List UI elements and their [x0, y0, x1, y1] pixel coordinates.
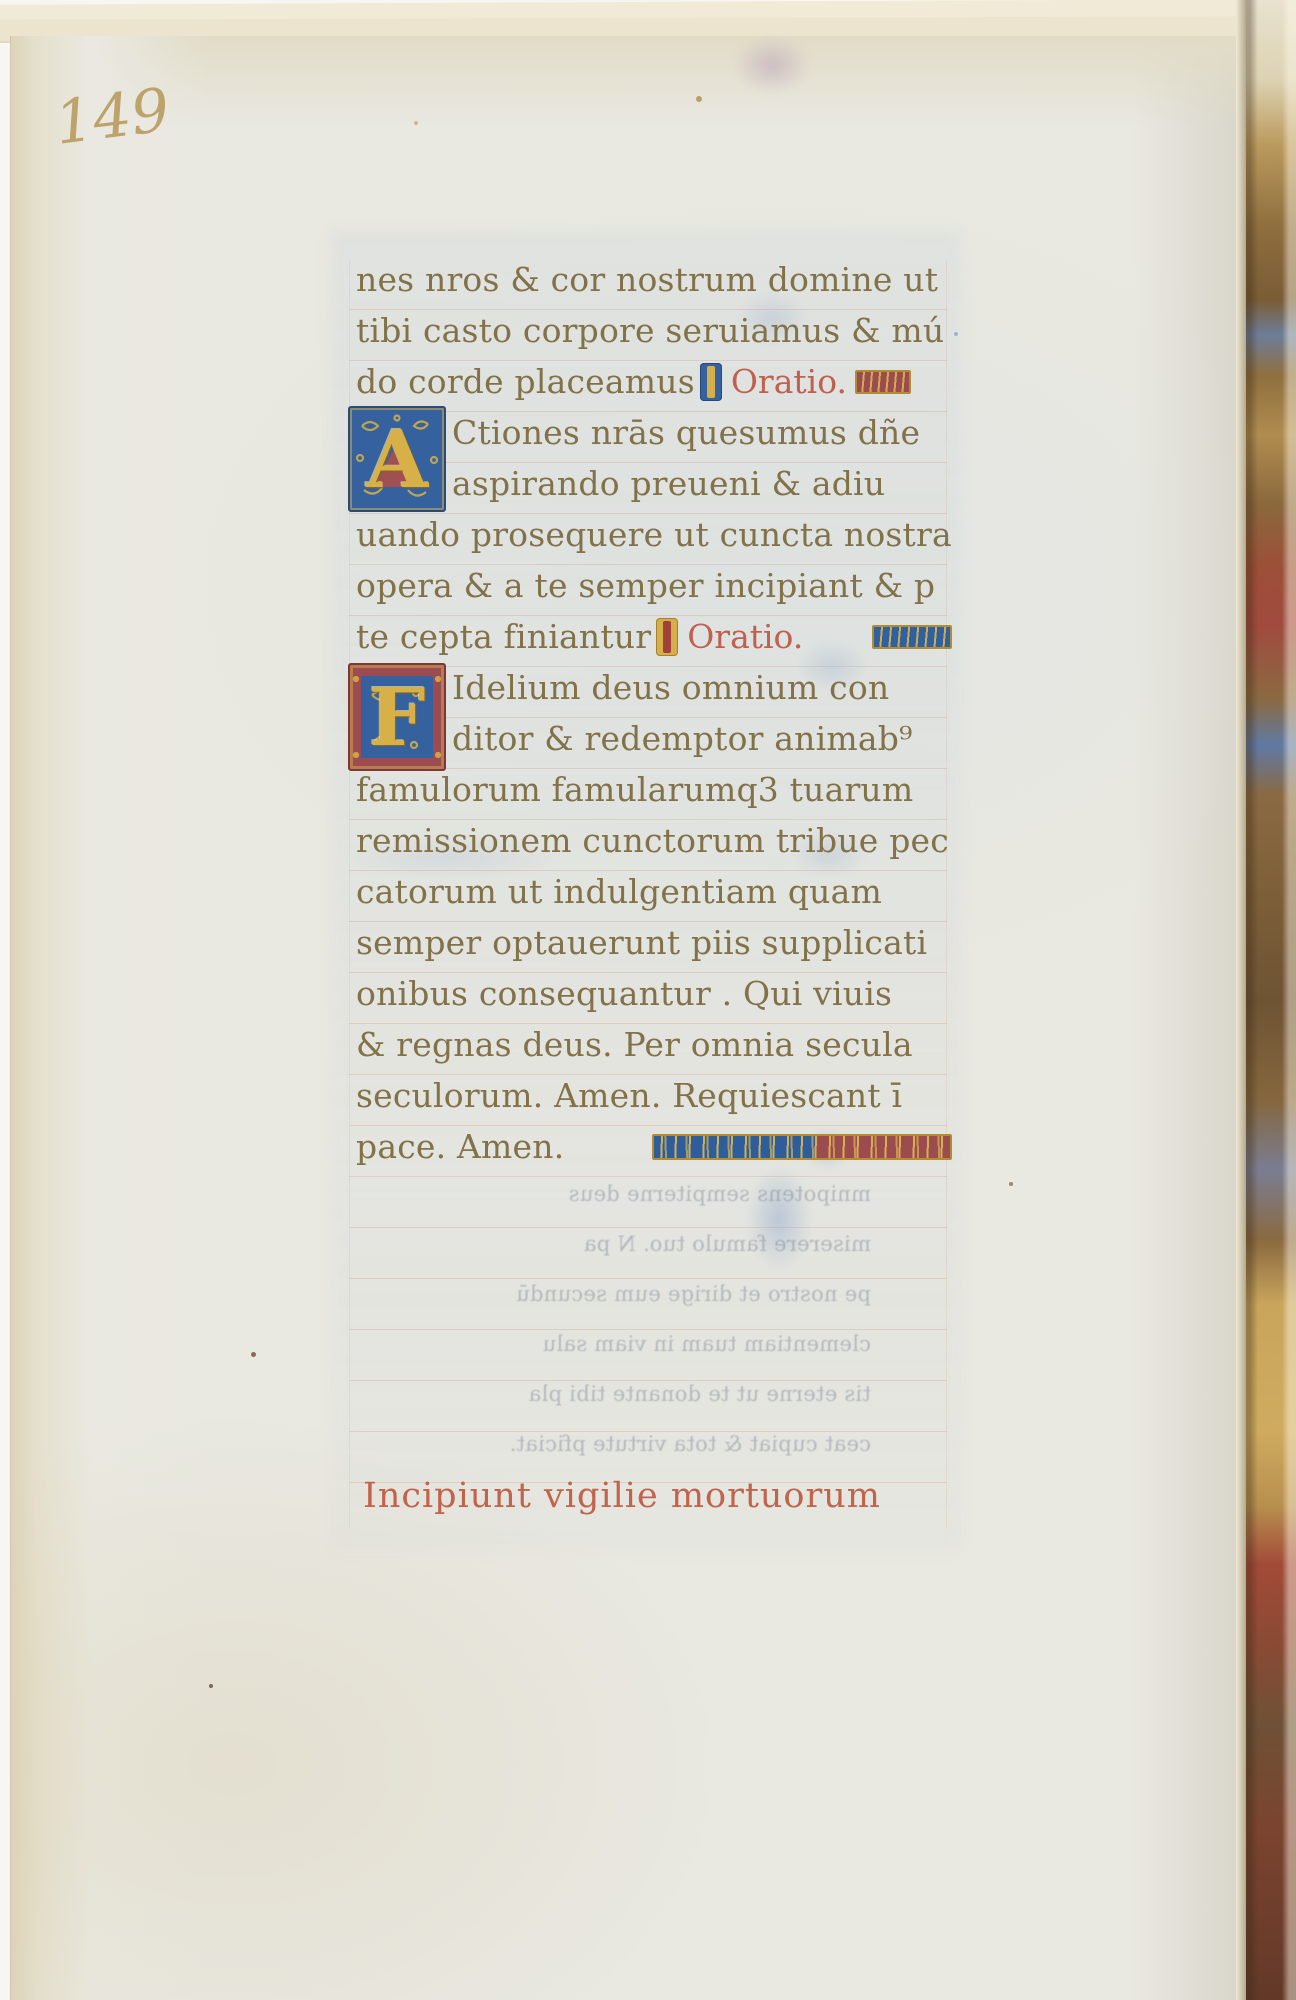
- showthrough-line: pe nostro et dirige eum secundū: [557, 1269, 871, 1319]
- manuscript-line: nes nros & cor nostrum domine ut: [356, 254, 952, 305]
- manuscript-line: opera & a te semper incipiant & p: [356, 560, 952, 611]
- illuminated-initial-f: F: [348, 663, 446, 771]
- line-text: aspirando preueni & adiu: [452, 464, 885, 503]
- line-text: ditor & redemptor animab⁹: [452, 719, 913, 758]
- line-text: seculorum. Amen. Requiescant ī: [356, 1076, 902, 1115]
- initial-letter: F: [369, 677, 426, 757]
- text-block: A F nes nros & cor nostrum domine uttibi…: [356, 254, 952, 1172]
- line-text: famulorum famularumq3 tuarum: [356, 770, 913, 809]
- line-text: tibi casto corpore seruiamus & mú: [356, 311, 944, 350]
- speck: [1009, 1182, 1013, 1186]
- showthrough-line: tis eterne ut te donante tibi pla: [557, 1369, 871, 1419]
- incipit-rubric: Incipiunt vigilie mortuorum: [363, 1476, 881, 1516]
- showthrough-block: mnipotens sempiterne deusmiserere famulo…: [557, 1169, 871, 1469]
- showthrough-line: mnipotens sempiterne deus: [557, 1169, 871, 1219]
- manuscript-line: uando prosequere ut cuncta nostra: [356, 509, 952, 560]
- line-text: te cepta finiantur: [356, 617, 651, 656]
- manuscript-line: onibus consequantur . Qui viuis: [356, 968, 952, 1019]
- showthrough-line: ceat cupiat & tota virtute pficiat.: [557, 1419, 871, 1469]
- line-filler: [855, 370, 911, 394]
- pilcrow-icon: [700, 363, 722, 401]
- purple-smudge: [733, 36, 811, 94]
- line-text: Ctiones nrās quesumus dñe: [452, 413, 920, 452]
- manuscript-line: & regnas deus. Per omnia secula: [356, 1019, 952, 1070]
- line-text: opera & a te semper incipiant & p: [356, 566, 935, 605]
- rubric-oratio: Oratio.: [731, 362, 847, 401]
- line-text: do corde placeamus: [356, 362, 695, 401]
- speck: [414, 121, 418, 125]
- line-text: uando prosequere ut cuncta nostra: [356, 515, 952, 554]
- speck: [209, 1684, 213, 1688]
- line-filler: [652, 1134, 952, 1160]
- facing-page-illuminated-border: [1246, 0, 1296, 2000]
- pilcrow-icon: [656, 618, 678, 656]
- page-edge: [1236, 0, 1246, 2000]
- manuscript-photo: 149 A: [0, 0, 1296, 2000]
- manuscript-line: catorum ut indulgentiam quam: [356, 866, 952, 917]
- manuscript-line: te cepta finianturOratio.: [356, 611, 952, 662]
- speck: [696, 96, 702, 102]
- showthrough-line: clementiam tuam in viam salu: [557, 1319, 871, 1369]
- line-text: remissionem cunctorum tribue pec: [356, 821, 949, 860]
- manuscript-line: seculorum. Amen. Requiescant ī: [356, 1070, 952, 1121]
- manuscript-line: semper optauerunt piis supplicati: [356, 917, 952, 968]
- line-text: & regnas deus. Per omnia secula: [356, 1025, 913, 1064]
- manuscript-line: pace. Amen.: [356, 1121, 952, 1172]
- line-text: nes nros & cor nostrum domine ut: [356, 260, 938, 299]
- vellum-leaf: 149 A: [10, 36, 1243, 2000]
- line-text: semper optauerunt piis supplicati: [356, 923, 927, 962]
- showthrough-line: miserere famulo tuo. N pa: [557, 1219, 871, 1269]
- manuscript-line: remissionem cunctorum tribue pec: [356, 815, 952, 866]
- line-text: Idelium deus omnium con: [452, 668, 889, 707]
- manuscript-line: tibi casto corpore seruiamus & mú: [356, 305, 952, 356]
- manuscript-line: famulorum famularumq3 tuarum: [356, 764, 952, 815]
- line-filler: [872, 625, 952, 649]
- speck: [251, 1352, 256, 1357]
- illuminated-initial-a: A: [348, 406, 446, 512]
- initial-letter: A: [366, 419, 428, 499]
- folio-number: 149: [51, 75, 173, 158]
- line-text: pace. Amen.: [356, 1127, 564, 1166]
- line-text: onibus consequantur . Qui viuis: [356, 974, 892, 1013]
- manuscript-line: do corde placeamusOratio.: [356, 356, 952, 407]
- line-text: catorum ut indulgentiam quam: [356, 872, 882, 911]
- speck: [954, 332, 958, 336]
- rubric-oratio: Oratio.: [687, 617, 803, 656]
